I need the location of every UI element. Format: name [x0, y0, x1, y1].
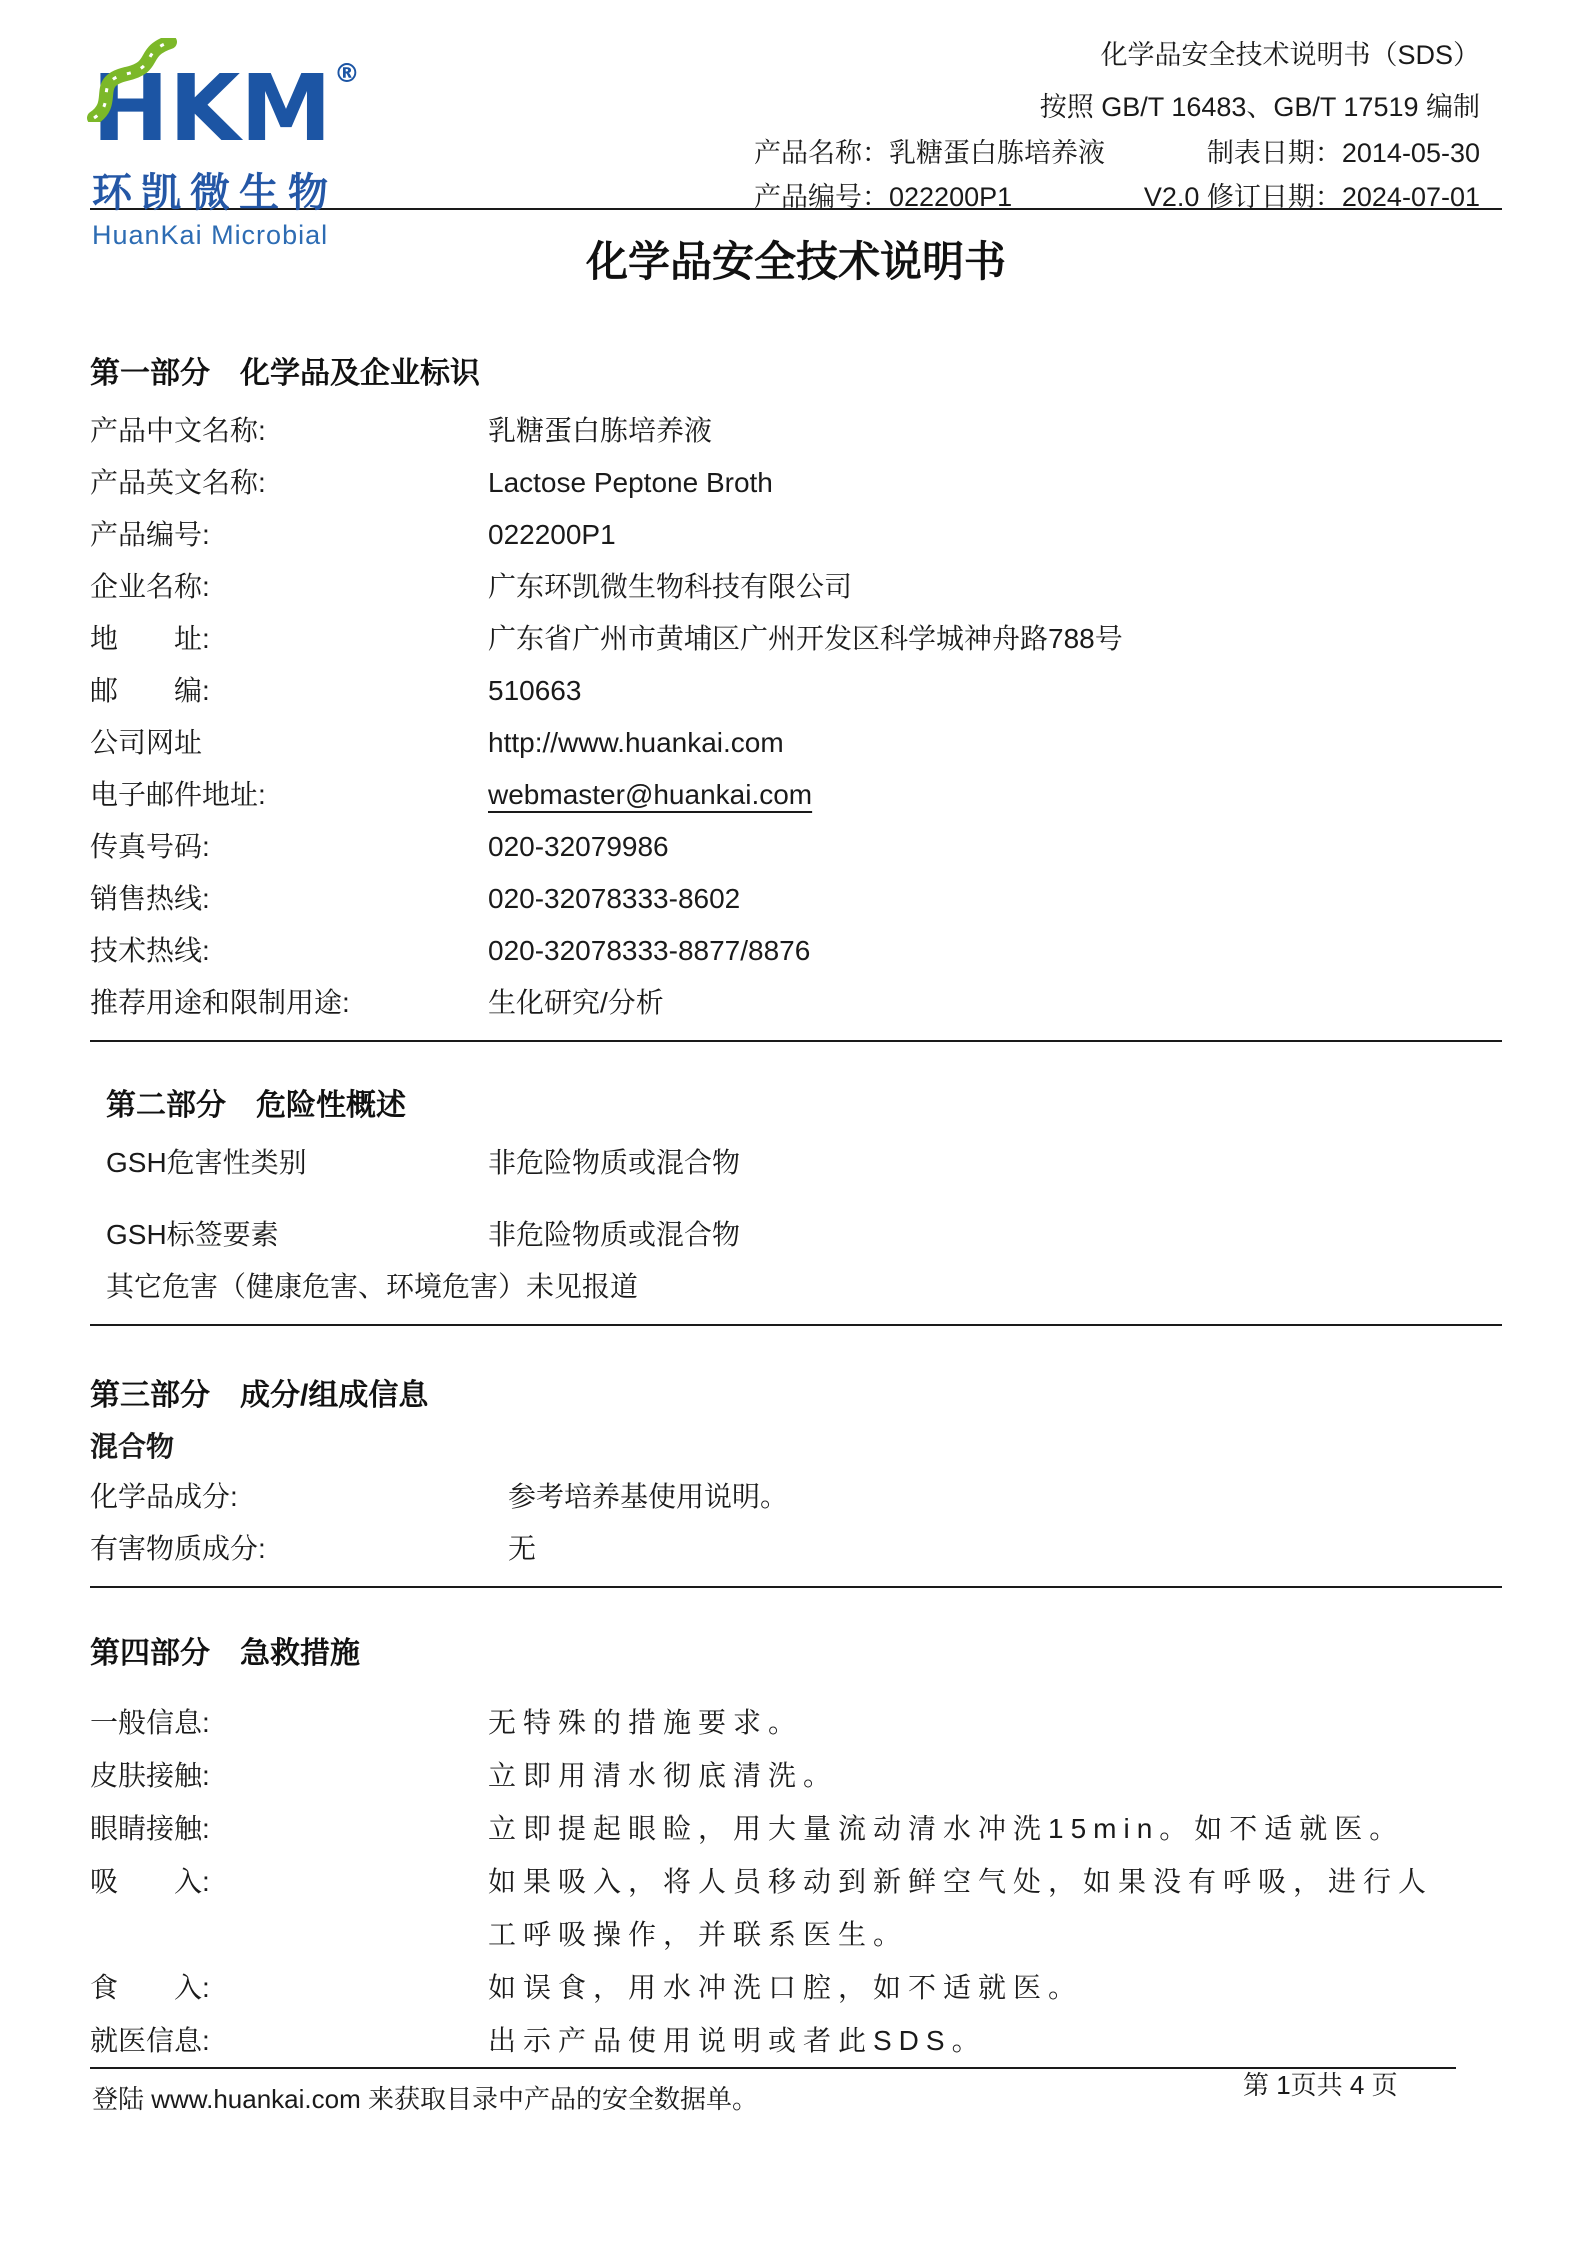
row-label: 邮 编:	[90, 676, 488, 706]
row-value: 乳糖蛋白胨培养液	[488, 416, 1502, 446]
data-row: 皮肤接触:立即用清水彻底清洗。	[90, 1749, 1502, 1802]
data-row: 技术热线:020-32078333-8877/8876	[90, 936, 1502, 966]
row-label: 眼睛接触:	[90, 1802, 488, 1855]
row-value: 020-32078333-8877/8876	[488, 936, 1502, 966]
header-product-code: 产品编号：022200P1	[754, 178, 1012, 216]
row-value: 立即提起眼睑，用大量流动清水冲洗15min。如不适就医。	[488, 1802, 1450, 1855]
section-3: 第三部分 成分/组成信息混合物化学品成分:参考培养基使用说明。有害物质成分:无	[90, 1380, 1502, 1564]
row-label: 化学品成分:	[90, 1482, 508, 1512]
data-row: 电子邮件地址:webmaster@huankai.com	[90, 780, 1502, 810]
section-heading: 第二部分 危险性概述	[106, 1090, 1502, 1122]
row-value: 立即用清水彻底清洗。	[488, 1749, 1450, 1802]
document-header: HKM® 环凯微生物 HuanKai Microbial 化学品安全技术说明书（…	[90, 0, 1502, 210]
row-value: 无特殊的措施要求。	[488, 1696, 1450, 1749]
row-value: 如果吸入，将人员移动到新鲜空气处，如果没有呼吸，进行人工呼吸操作，并联系医生。	[488, 1855, 1450, 1961]
header-revision: V2.0 修订日期：2024-07-01	[1144, 178, 1480, 216]
data-row: 一般信息:无特殊的措施要求。	[90, 1696, 1502, 1749]
data-row: 公司网址http://www.huankai.com	[90, 728, 1502, 758]
section-heading: 第一部分 化学品及企业标识	[90, 358, 1502, 390]
company-logo: HKM® 环凯微生物 HuanKai Microbial	[92, 26, 392, 251]
header-row-product: 产品名称：乳糖蛋白胨培养液 制表日期：2014-05-30	[754, 134, 1480, 172]
data-row: 食 入:如误食，用水冲洗口腔，如不适就医。	[90, 1961, 1502, 2014]
row-value: 出示产品使用说明或者此SDS。	[488, 2014, 1450, 2067]
footer-note: 登陆 www.huankai.com 来获取目录中产品的安全数据单。	[92, 2082, 758, 2116]
logo-cn-name: 环凯微生物	[92, 161, 392, 218]
row-label: 一般信息:	[90, 1696, 488, 1749]
data-row: 产品编号:022200P1	[90, 520, 1502, 550]
row-label: 有害物质成分:	[90, 1534, 508, 1564]
section-subheading: 混合物	[90, 1432, 1502, 1462]
row-value: 020-32079986	[488, 832, 1502, 862]
data-row: 化学品成分:参考培养基使用说明。	[90, 1482, 1502, 1512]
header-product-name: 产品名称：乳糖蛋白胨培养液	[754, 134, 1105, 172]
row-value: 如误食，用水冲洗口腔，如不适就医。	[488, 1961, 1450, 2014]
header-row-code: 产品编号：022200P1 V2.0 修订日期：2024-07-01	[754, 178, 1480, 216]
page-indicator: 第 1页共 4 页	[1243, 2068, 1398, 2102]
row-label: 地 址:	[90, 624, 488, 654]
row-label: 产品英文名称:	[90, 468, 488, 498]
data-row: 眼睛接触:立即提起眼睑，用大量流动清水冲洗15min。如不适就医。	[90, 1802, 1502, 1855]
row-value: 510663	[488, 676, 1502, 706]
row-label: 吸 入:	[90, 1855, 488, 1908]
row-label: 销售热线:	[90, 884, 488, 914]
row-value: 广东环凯微生物科技有限公司	[488, 572, 1502, 602]
section-divider	[90, 1324, 1502, 1326]
section-heading: 第三部分 成分/组成信息	[90, 1380, 1502, 1412]
section-4: 第四部分 急救措施一般信息:无特殊的措施要求。皮肤接触:立即用清水彻底清洗。眼睛…	[90, 1638, 1502, 2067]
row-value: 020-32078333-8602	[488, 884, 1502, 914]
row-label: 传真号码:	[90, 832, 488, 862]
row-label: 技术热线:	[90, 936, 488, 966]
logo-wordmark: HKM®	[92, 26, 392, 157]
section-2: 第二部分 危险性概述GSH危害性类别非危险物质或混合物GSH标签要素非危险物质或…	[90, 1090, 1502, 1302]
row-value: 广东省广州市黄埔区广州开发区科学城神舟路788号	[488, 624, 1502, 654]
data-row: GSH标签要素非危险物质或混合物	[106, 1220, 1502, 1250]
row-label: 就医信息:	[90, 2014, 488, 2067]
row-label: GSH标签要素	[106, 1220, 488, 1250]
row-label: 电子邮件地址:	[90, 780, 488, 810]
section-heading: 第四部分 急救措施	[90, 1638, 1502, 1670]
data-row: 地 址:广东省广州市黄埔区广州开发区科学城神舟路788号	[90, 624, 1502, 654]
registered-trademark-icon: ®	[334, 59, 360, 89]
row-label: 产品中文名称:	[90, 416, 488, 446]
data-row: 就医信息:出示产品使用说明或者此SDS。	[90, 2014, 1502, 2067]
header-doc-type: 化学品安全技术说明书（SDS）	[754, 36, 1480, 74]
row-value: 无	[508, 1534, 1502, 1564]
sections: 第一部分 化学品及企业标识产品中文名称:乳糖蛋白胨培养液产品英文名称:Lacto…	[90, 358, 1502, 2067]
data-row: 邮 编:510663	[90, 676, 1502, 706]
data-row: 产品英文名称:Lactose Peptone Broth	[90, 468, 1502, 498]
row-value: 022200P1	[488, 520, 1502, 550]
section-divider	[90, 1586, 1502, 1588]
row-value: http://www.huankai.com	[488, 728, 1502, 758]
row-label: 产品编号:	[90, 520, 488, 550]
row-label: 企业名称:	[90, 572, 488, 602]
row-value: Lactose Peptone Broth	[488, 468, 1502, 498]
data-row: 传真号码:020-32079986	[90, 832, 1502, 862]
header-info-block: 化学品安全技术说明书（SDS） 按照 GB/T 16483、GB/T 17519…	[754, 20, 1502, 216]
logo-en-name: HuanKai Microbial	[92, 220, 392, 251]
data-row: 吸 入:如果吸入，将人员移动到新鲜空气处，如果没有呼吸，进行人工呼吸操作，并联系…	[90, 1855, 1502, 1961]
data-row: GSH危害性类别非危险物质或混合物	[106, 1148, 1502, 1178]
data-row: 产品中文名称:乳糖蛋白胨培养液	[90, 416, 1502, 446]
row-label: 食 入:	[90, 1961, 488, 2014]
data-row: 有害物质成分:无	[90, 1534, 1502, 1564]
section-1: 第一部分 化学品及企业标识产品中文名称:乳糖蛋白胨培养液产品英文名称:Lacto…	[90, 358, 1502, 1018]
data-row: 销售热线:020-32078333-8602	[90, 884, 1502, 914]
section-divider	[90, 1040, 1502, 1042]
row-value: 未见报道	[526, 1272, 1502, 1302]
row-value: 参考培养基使用说明。	[508, 1482, 1502, 1512]
row-value: 非危险物质或混合物	[488, 1148, 1502, 1178]
logo-letters: HKM	[92, 55, 332, 162]
header-date-created: 制表日期：2014-05-30	[1207, 134, 1480, 172]
row-value: 生化研究/分析	[488, 988, 1502, 1018]
row-value: 非危险物质或混合物	[488, 1220, 1502, 1250]
row-value: webmaster@huankai.com	[488, 780, 1502, 810]
data-row: 推荐用途和限制用途:生化研究/分析	[90, 988, 1502, 1018]
row-label: 其它危害（健康危害、环境危害）	[106, 1272, 526, 1302]
row-label: 皮肤接触:	[90, 1749, 488, 1802]
data-row: 企业名称:广东环凯微生物科技有限公司	[90, 572, 1502, 602]
data-row: 其它危害（健康危害、环境危害）未见报道	[106, 1272, 1502, 1302]
row-label: 推荐用途和限制用途:	[90, 988, 488, 1018]
header-standard: 按照 GB/T 16483、GB/T 17519 编制	[754, 88, 1480, 126]
sds-page: HKM® 环凯微生物 HuanKai Microbial 化学品安全技术说明书（…	[0, 0, 1587, 2245]
row-label: GSH危害性类别	[106, 1148, 488, 1178]
row-label: 公司网址	[90, 728, 488, 758]
